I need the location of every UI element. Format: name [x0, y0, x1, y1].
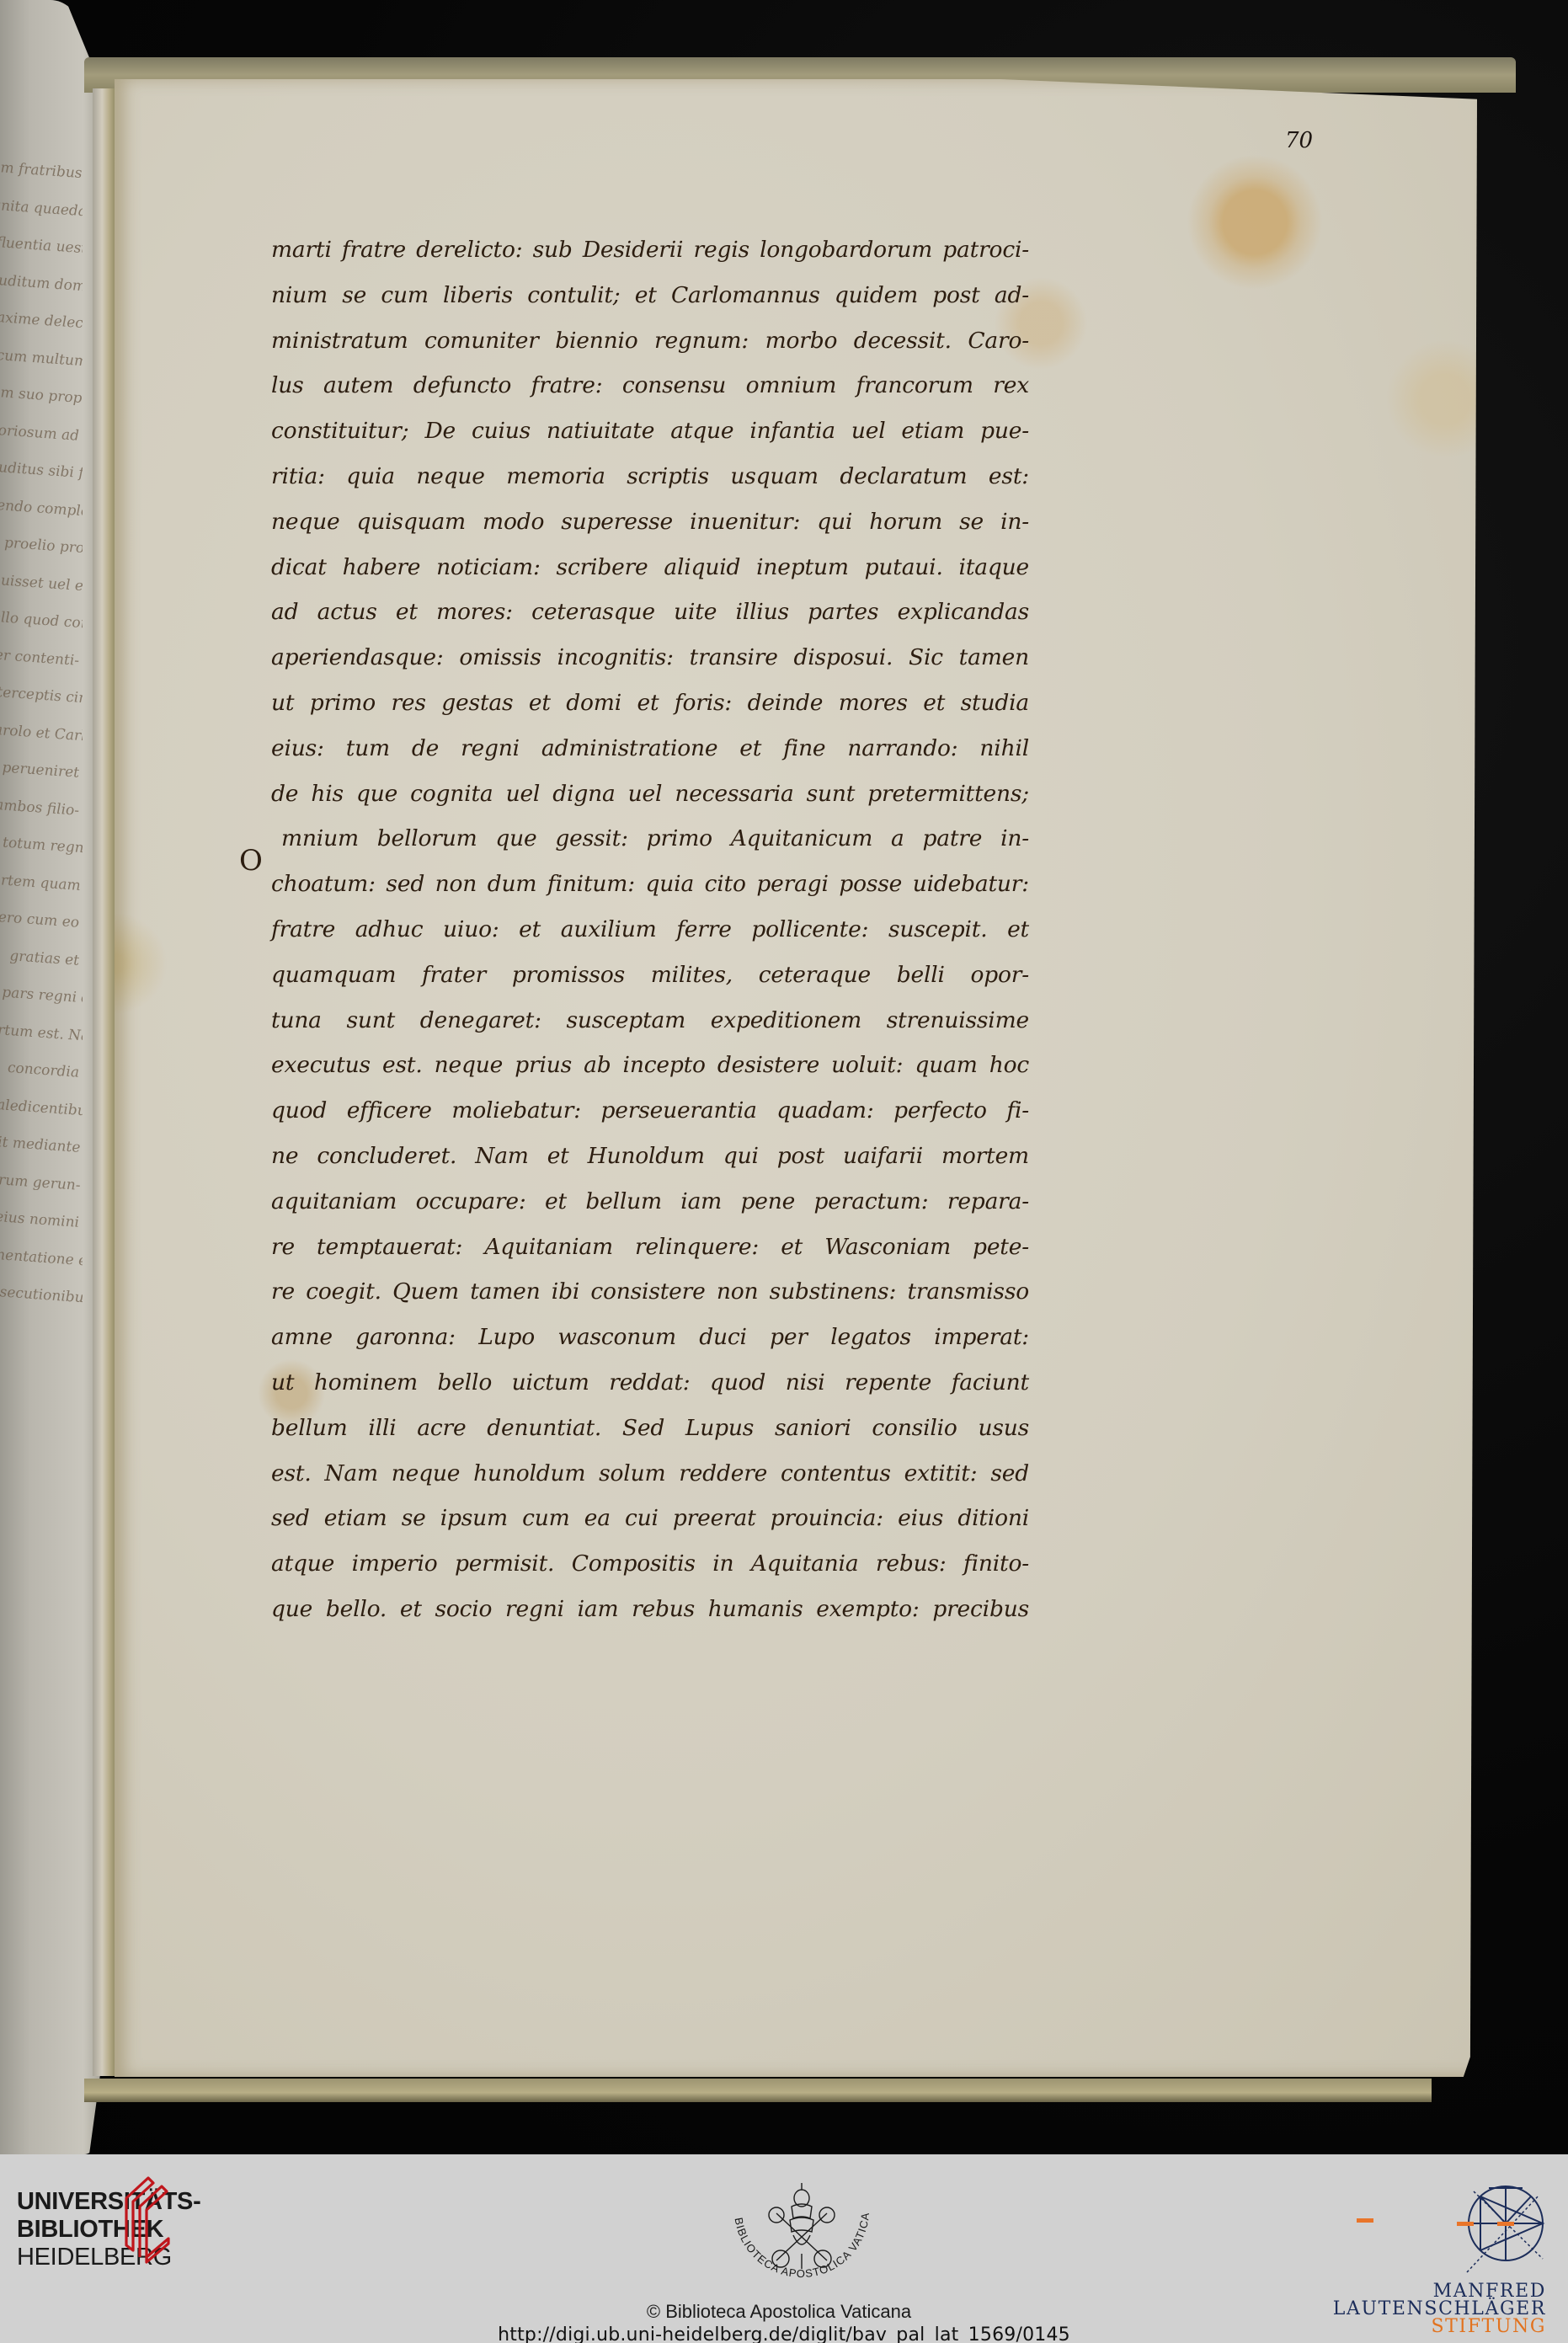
facing-page-line: locum multum: [0, 335, 83, 380]
ub-book-mark-icon: [120, 2176, 179, 2269]
initial-letter: O: [239, 844, 263, 878]
manuscript-line: tuna sunt denegaret: susceptam expeditio…: [271, 998, 1029, 1043]
sponsor-line1: MANFRED: [1333, 2282, 1546, 2300]
manuscript-line: constituitur; De cuius natiuitate atque …: [271, 408, 1029, 454]
manuscript-line: ut primo res gestas et domi et foris: de…: [271, 680, 1029, 726]
orange-dash-decoration: [1357, 2218, 1373, 2223]
folio-number: 70: [1285, 128, 1313, 153]
vatican-library-logo[interactable]: BIBLIOTECA APOSTOLICA VATICANA: [701, 2176, 903, 2294]
facing-page-line: mendo complexit: [0, 485, 83, 530]
facing-page-line: ognita quaedam pertin-: [0, 185, 83, 230]
manuscript-line: quod efficere moliebatur: perseuerantia …: [271, 1088, 1029, 1134]
facing-page-line: eius nomini: [0, 1198, 83, 1242]
manuscript-line: ut hominem bello uictum reddat: quod nis…: [271, 1360, 1029, 1406]
binding-bottom-edge: [84, 2079, 1432, 2102]
facing-page-line: rerum gerun-: [0, 1160, 83, 1204]
manuscript-line: sed etiam se ipsum cum ea cui preerat pr…: [271, 1496, 1029, 1541]
manuscript-line: re coegit. Quem tamen ibi consistere non…: [271, 1269, 1029, 1315]
facing-page-line: ambos filio-: [0, 785, 83, 830]
manuscript-line: fratre adhuc uiuo: et auxilium ferre pol…: [271, 907, 1029, 953]
manuscript-line: de his que cognita uel digna uel necessa…: [271, 771, 1029, 817]
lautenschlaeger-foundation-logo[interactable]: [1455, 2183, 1548, 2276]
manuscript-line: aquitaniam occupare: et bellum iam pene …: [271, 1179, 1029, 1225]
facing-page-line: fuit mediante: [0, 1123, 83, 1167]
facing-page-line: gloriosum ad: [0, 410, 83, 455]
facing-page-line: uero cum eo: [0, 898, 83, 942]
facing-page-line: Carolo et Carloman-: [0, 710, 83, 755]
book-gutter: [93, 88, 116, 2076]
facing-page-line: perueniret: [0, 748, 83, 793]
manuscript-line: amne garonna: Lupo wasconum duci per leg…: [271, 1315, 1029, 1360]
manuscript-line: neque quisquam modo superesse inuenitur:…: [271, 499, 1029, 545]
footer-bar: UNIVERSITÄTS- BIBLIOTHEK HEIDELBERG BIBL…: [0, 2154, 1568, 2343]
manuscript-line: que bello. et socio regni iam rebus huma…: [271, 1587, 1029, 1632]
facing-page-line: ementatione eius: [0, 1235, 83, 1279]
facing-page-line: gratias et: [0, 935, 83, 979]
facing-page-line: eruditum dominum: [0, 260, 83, 305]
facing-page-line: bello quod con-: [0, 598, 83, 643]
manuscript-line: nium se cum liberis contulit; et Carloma…: [271, 273, 1029, 318]
manuscript-line: atque imperio permisit. Compositis in Aq…: [271, 1541, 1029, 1587]
manuscript-line: ministratum comuniter biennio regnum: mo…: [271, 318, 1029, 364]
manuscript-line: ad actus et mores: ceterasque uite illiu…: [271, 590, 1029, 635]
facing-page-line: eruditus sibi fecit: [0, 448, 83, 493]
manuscript-line: ritia: quia neque memoria scriptis usqua…: [271, 454, 1029, 499]
facing-page-line: et pars regni diui-: [0, 973, 83, 1017]
manuscript-line: marti fratre derelicto: sub Desiderii re…: [271, 227, 1029, 273]
manuscript-line: ne concluderet. Nam et Hunoldum qui post…: [271, 1134, 1029, 1179]
facing-page-line: maxime delect-: [0, 298, 83, 343]
facing-page-line: cum fratribus h-: [0, 148, 83, 193]
manuscript-line: quamquam frater promissos milites, ceter…: [271, 953, 1029, 998]
manuscript-scan: cum fratribus h-ognita quaedam pertin-ef…: [0, 0, 1568, 2154]
facing-page-line: furtum est. Nam: [0, 1010, 83, 1054]
facing-page-line: per contenti-: [0, 635, 83, 680]
sponsor-logo-text: MANFRED LAUTENSCHLÄGER STIFTUNG: [1333, 2282, 1546, 2335]
facing-page-line: maledicentibus: [0, 1085, 83, 1129]
facing-page-line: ut totum regni: [0, 823, 83, 867]
manuscript-line: lus autem defuncto fratre: consensu omni…: [271, 363, 1029, 408]
facing-page-line: concordia: [0, 1048, 83, 1092]
manuscript-line: choatum: sed non dum finitum: quia cito …: [271, 862, 1029, 907]
manuscript-line: est. Nam neque hunoldum solum reddere co…: [271, 1451, 1029, 1497]
vatican-logo-arc-text: BIBLIOTECA APOSTOLICA VATICANA: [701, 2176, 872, 2280]
sponsor-line2: LAUTENSCHLÄGER: [1333, 2300, 1546, 2318]
facing-page-line: ex proelio pro-: [0, 523, 83, 568]
manuscript-line: aperiendasque: omissis incognitis: trans…: [271, 635, 1029, 680]
manuscript-line: bellum illi acre denuntiat. Sed Lupus sa…: [271, 1406, 1029, 1451]
copyright-text: © Biblioteca Apostolica Vaticana: [647, 2301, 911, 2322]
facing-page-text: cum fratribus h-ognita quaedam pertin-ef…: [0, 148, 83, 1317]
manuscript-line: mnium bellorum que gessit: primo Aquitan…: [271, 816, 1029, 862]
facing-page-line: exsecutionibus: [0, 1273, 83, 1317]
facing-page-line: effluentia uestro-: [0, 223, 83, 268]
facing-page-line: partem quam: [0, 860, 83, 905]
manuscript-line: eius: tum de regni administratione et fi…: [271, 726, 1029, 771]
sponsor-line3: STIFTUNG: [1333, 2318, 1546, 2335]
facing-page-line: cum suo propt-: [0, 373, 83, 418]
svg-text:BIBLIOTECA APOSTOLICA VATICANA: BIBLIOTECA APOSTOLICA VATICANA: [701, 2176, 872, 2280]
facing-page-line: interceptis circa: [0, 673, 83, 718]
manuscript-line: executus est. neque prius ab incepto des…: [271, 1043, 1029, 1088]
manuscript-line: dicat habere noticiam: scribere aliquid …: [271, 545, 1029, 590]
facing-page: cum fratribus h-ognita quaedam pertin-ef…: [0, 0, 101, 2154]
facing-page-line: ebuisset uel eo compl-: [0, 560, 83, 605]
manuscript-text-block: marti fratre derelicto: sub Desiderii re…: [271, 227, 1029, 1632]
manuscript-line: re temptauerat: Aquitaniam relinquere: e…: [271, 1225, 1029, 1270]
